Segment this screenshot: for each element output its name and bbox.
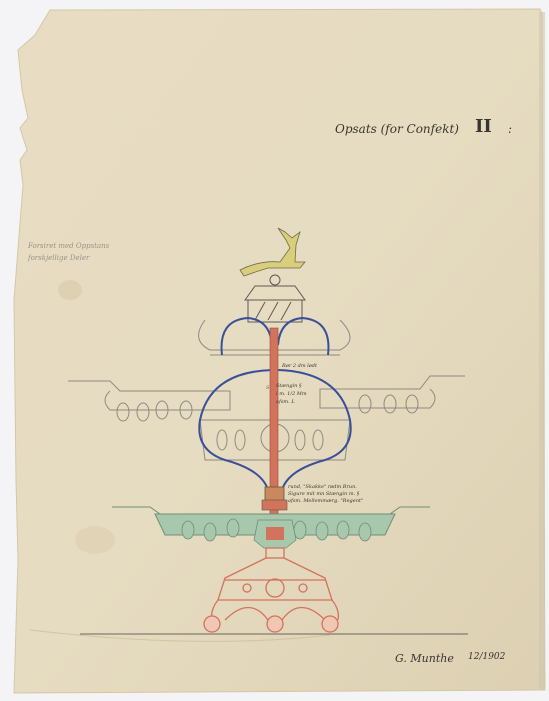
title-inscription: Opsats (for Confekt): [335, 122, 459, 136]
annotation-middle-line3: afsm. L: [276, 399, 295, 405]
left-note-line2: forskjellige Deler: [28, 254, 89, 262]
annotation-lower-line3: afsm. Mellemmærg. "Regent": [288, 498, 363, 504]
annotation-middle-line2: i m. 1/2 Mm: [276, 391, 307, 397]
paper-sheet: [14, 9, 545, 693]
drawing-canvas: [0, 0, 549, 701]
signature: G. Munthe: [395, 652, 454, 665]
drawing-sheet: Opsats (for Confekt) II : Forsiret med O…: [0, 0, 549, 701]
sheet-number: II: [475, 116, 492, 137]
annotation-top: Rør 2 dm lødt: [282, 363, 317, 369]
annotation-lower-line2: Sigure mit mn Stængin m. §: [288, 491, 359, 497]
annotation-lower-line1: rund, "Skakke" rødm Brun.: [288, 484, 357, 490]
annotation-marker: S: [266, 385, 269, 391]
date: 12/1902: [468, 652, 505, 662]
left-note-line1: Forsiret med Oppstans: [28, 242, 109, 250]
annotation-middle-line1: Stængin §: [276, 383, 301, 389]
sheet-number-suffix: :: [508, 122, 512, 136]
